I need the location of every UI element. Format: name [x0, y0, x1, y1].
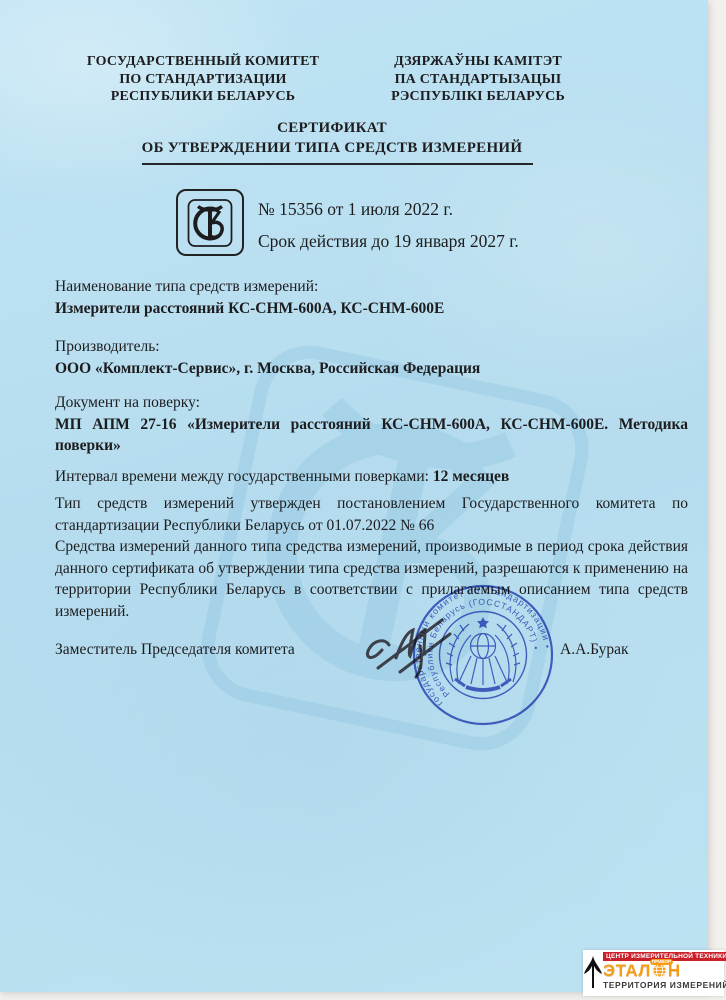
stb-certification-mark — [176, 189, 244, 256]
verification-interval-line: Интервал времени между государственными … — [55, 466, 688, 488]
name-value: Измерители расстояний КС-СНМ-600А, КС-СН… — [55, 298, 688, 320]
document-title: СЕРТИФИКАТ ОБ УТВЕРЖДЕНИИ ТИПА СРЕДСТВ И… — [0, 119, 664, 158]
etalon-tulip-icon — [583, 950, 603, 996]
issuer-ru-line1: ГОСУДАРСТВЕННЫЙ КОМИТЕТ — [82, 53, 324, 71]
certificate-id-block: № 15356 от 1 июля 2022 г. Срок действия … — [258, 193, 519, 257]
interval-label: Интервал времени между государственными … — [55, 468, 429, 485]
title-line1: СЕРТИФИКАТ — [0, 119, 664, 139]
issuer-ru-line3: РЕСПУБЛИКИ БЕЛАРУСЬ — [82, 88, 324, 106]
interval-value: 12 месяцев — [433, 468, 509, 485]
issuer-ru-line2: ПО СТАНДАРТИЗАЦИИ — [82, 71, 324, 89]
signatory-name: А.А.Бурак — [560, 641, 629, 659]
approval-paragraph: Тип средств измерений утвержден постанов… — [55, 493, 688, 536]
manufacturer-label: Производитель: — [55, 336, 688, 358]
issuer-by-line2: ПА СТАНДАРТЫЗАЦЫІ — [377, 71, 579, 89]
title-line2: ОБ УТВЕРЖДЕНИИ ТИПА СРЕДСТВ ИЗМЕРЕНИЙ — [0, 139, 664, 159]
issuer-by-line3: РЭСПУБЛІКІ БЕЛАРУСЬ — [377, 88, 579, 106]
etalon-bottom-text: ТЕРРИТОРИЯ ИЗМЕРЕНИЙ — [603, 980, 726, 990]
globe-icon — [652, 963, 667, 978]
belarus-coat-of-arms-icon — [446, 617, 520, 690]
official-round-stamp: государственный комитет по стандартизаци… — [410, 582, 556, 728]
verification-doc-label: Документ на поверку: — [55, 392, 688, 414]
etalon-pribor-badge: ПРИБОР — [650, 959, 673, 965]
verification-doc-value: МП АПМ 27-16 «Измерители расстояний КС-С… — [55, 414, 688, 457]
issuer-by-line1: ДЗЯРЖАЎНЫ КАМІТЭТ — [377, 53, 579, 71]
issuer-header-belarusian: ДЗЯРЖАЎНЫ КАМІТЭТ ПА СТАНДАРТЫЗАЦЫІ РЭСП… — [377, 53, 579, 106]
etalon-brand-row: ЭТАЛ ПРИБОР Н — [603, 961, 726, 979]
signatory-position: Заместитель Председателя комитета — [55, 641, 295, 658]
certificate-number: № 15356 от 1 июля 2022 г. — [258, 193, 519, 225]
etalon-brand-part1: ЭТАЛ — [603, 962, 651, 979]
certificate-paper: ГОСУДАРСТВЕННЫЙ КОМИТЕТ ПО СТАНДАРТИЗАЦИ… — [0, 0, 708, 992]
certificate-validity: Срок действия до 19 января 2027 г. — [258, 225, 519, 257]
manufacturer-value: ООО «Комплект-Сервис», г. Москва, Россий… — [55, 358, 688, 380]
name-label: Наименование типа средств измерений: — [55, 276, 688, 298]
scanned-certificate-page: ГОСУДАРСТВЕННЫЙ КОМИТЕТ ПО СТАНДАРТИЗАЦИ… — [0, 0, 726, 1000]
certificate-fields: Наименование типа средств измерений: Изм… — [55, 276, 688, 622]
title-underline — [142, 163, 533, 165]
etalon-logo-text-block: ЦЕНТР ИЗМЕРИТЕЛЬНОЙ ТЕХНИКИ ЭТАЛ ПРИБОР … — [603, 950, 726, 996]
etalon-globe-wrap: ПРИБОР — [652, 963, 667, 978]
etalon-logo: ЦЕНТР ИЗМЕРИТЕЛЬНОЙ ТЕХНИКИ ЭТАЛ ПРИБОР … — [583, 950, 724, 996]
issuer-header-russian: ГОСУДАРСТВЕННЫЙ КОМИТЕТ ПО СТАНДАРТИЗАЦИ… — [82, 53, 324, 106]
stb-certification-mark-icon — [185, 197, 235, 249]
